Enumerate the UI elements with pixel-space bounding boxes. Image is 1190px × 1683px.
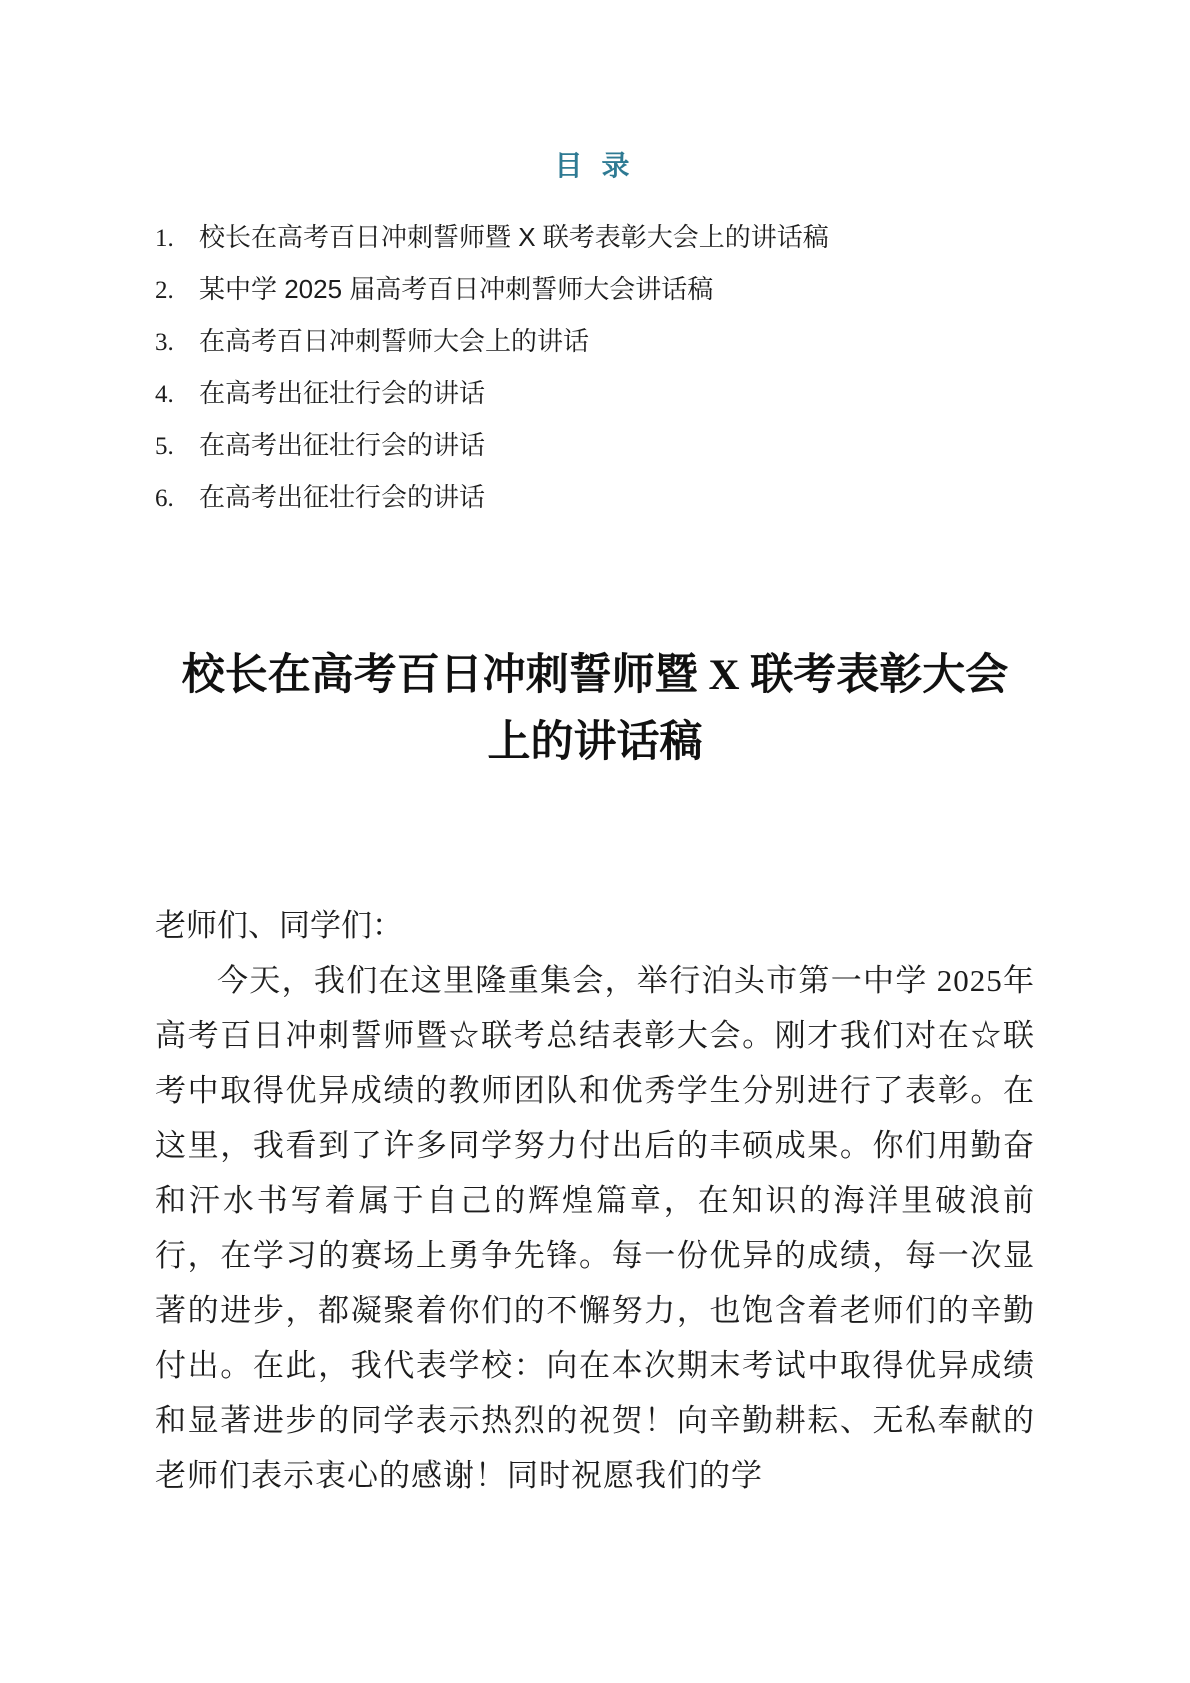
toc-entry-label: 某中学 2025 届高考百日冲刺誓师大会讲话稿 [199, 264, 713, 315]
toc-entry-5: 5. 在高考出征壮行会的讲话 [155, 420, 1035, 472]
article: 校长在高考百日冲刺誓师暨 X 联考表彰大会上的讲话稿 老师们、同学们： 今天，我… [155, 642, 1035, 1503]
toc-entry-1: 1. 校长在高考百日冲刺誓师暨 X 联考表彰大会上的讲话稿 [155, 212, 1035, 264]
toc-entry-number: 5. [155, 421, 199, 472]
toc-entry-3: 3. 在高考百日冲刺誓师大会上的讲话 [155, 316, 1035, 368]
toc-entry-label: 在高考出征壮行会的讲话 [199, 420, 485, 471]
toc-entry-6: 6. 在高考出征壮行会的讲话 [155, 472, 1035, 524]
article-body-paragraph: 今天，我们在这里隆重集会，举行泊头市第一中学 2025年高考百日冲刺誓师暨☆联考… [155, 953, 1035, 1503]
table-of-contents: 目 录 1. 校长在高考百日冲刺誓师暨 X 联考表彰大会上的讲话稿 2. 某中学… [155, 150, 1035, 524]
toc-entry-label: 校长在高考百日冲刺誓师暨 X 联考表彰大会上的讲话稿 [199, 212, 829, 263]
toc-list: 1. 校长在高考百日冲刺誓师暨 X 联考表彰大会上的讲话稿 2. 某中学 202… [155, 212, 1035, 524]
toc-entry-number: 4. [155, 369, 199, 420]
toc-entry-number: 3. [155, 317, 199, 368]
article-salutation: 老师们、同学们： [155, 898, 1035, 953]
toc-entry-number: 2. [155, 265, 199, 316]
toc-entry-label: 在高考出征壮行会的讲话 [199, 368, 485, 419]
toc-entry-label: 在高考百日冲刺誓师大会上的讲话 [199, 316, 589, 367]
toc-entry-label: 在高考出征壮行会的讲话 [199, 472, 485, 523]
article-title: 校长在高考百日冲刺誓师暨 X 联考表彰大会上的讲话稿 [168, 642, 1023, 776]
toc-entry-2: 2. 某中学 2025 届高考百日冲刺誓师大会讲话稿 [155, 264, 1035, 316]
toc-entry-number: 6. [155, 473, 199, 524]
toc-title: 目 录 [155, 150, 1035, 184]
toc-entry-number: 1. [155, 213, 199, 264]
toc-entry-4: 4. 在高考出征壮行会的讲话 [155, 368, 1035, 420]
document-page: 目 录 1. 校长在高考百日冲刺誓师暨 X 联考表彰大会上的讲话稿 2. 某中学… [0, 0, 1190, 1683]
